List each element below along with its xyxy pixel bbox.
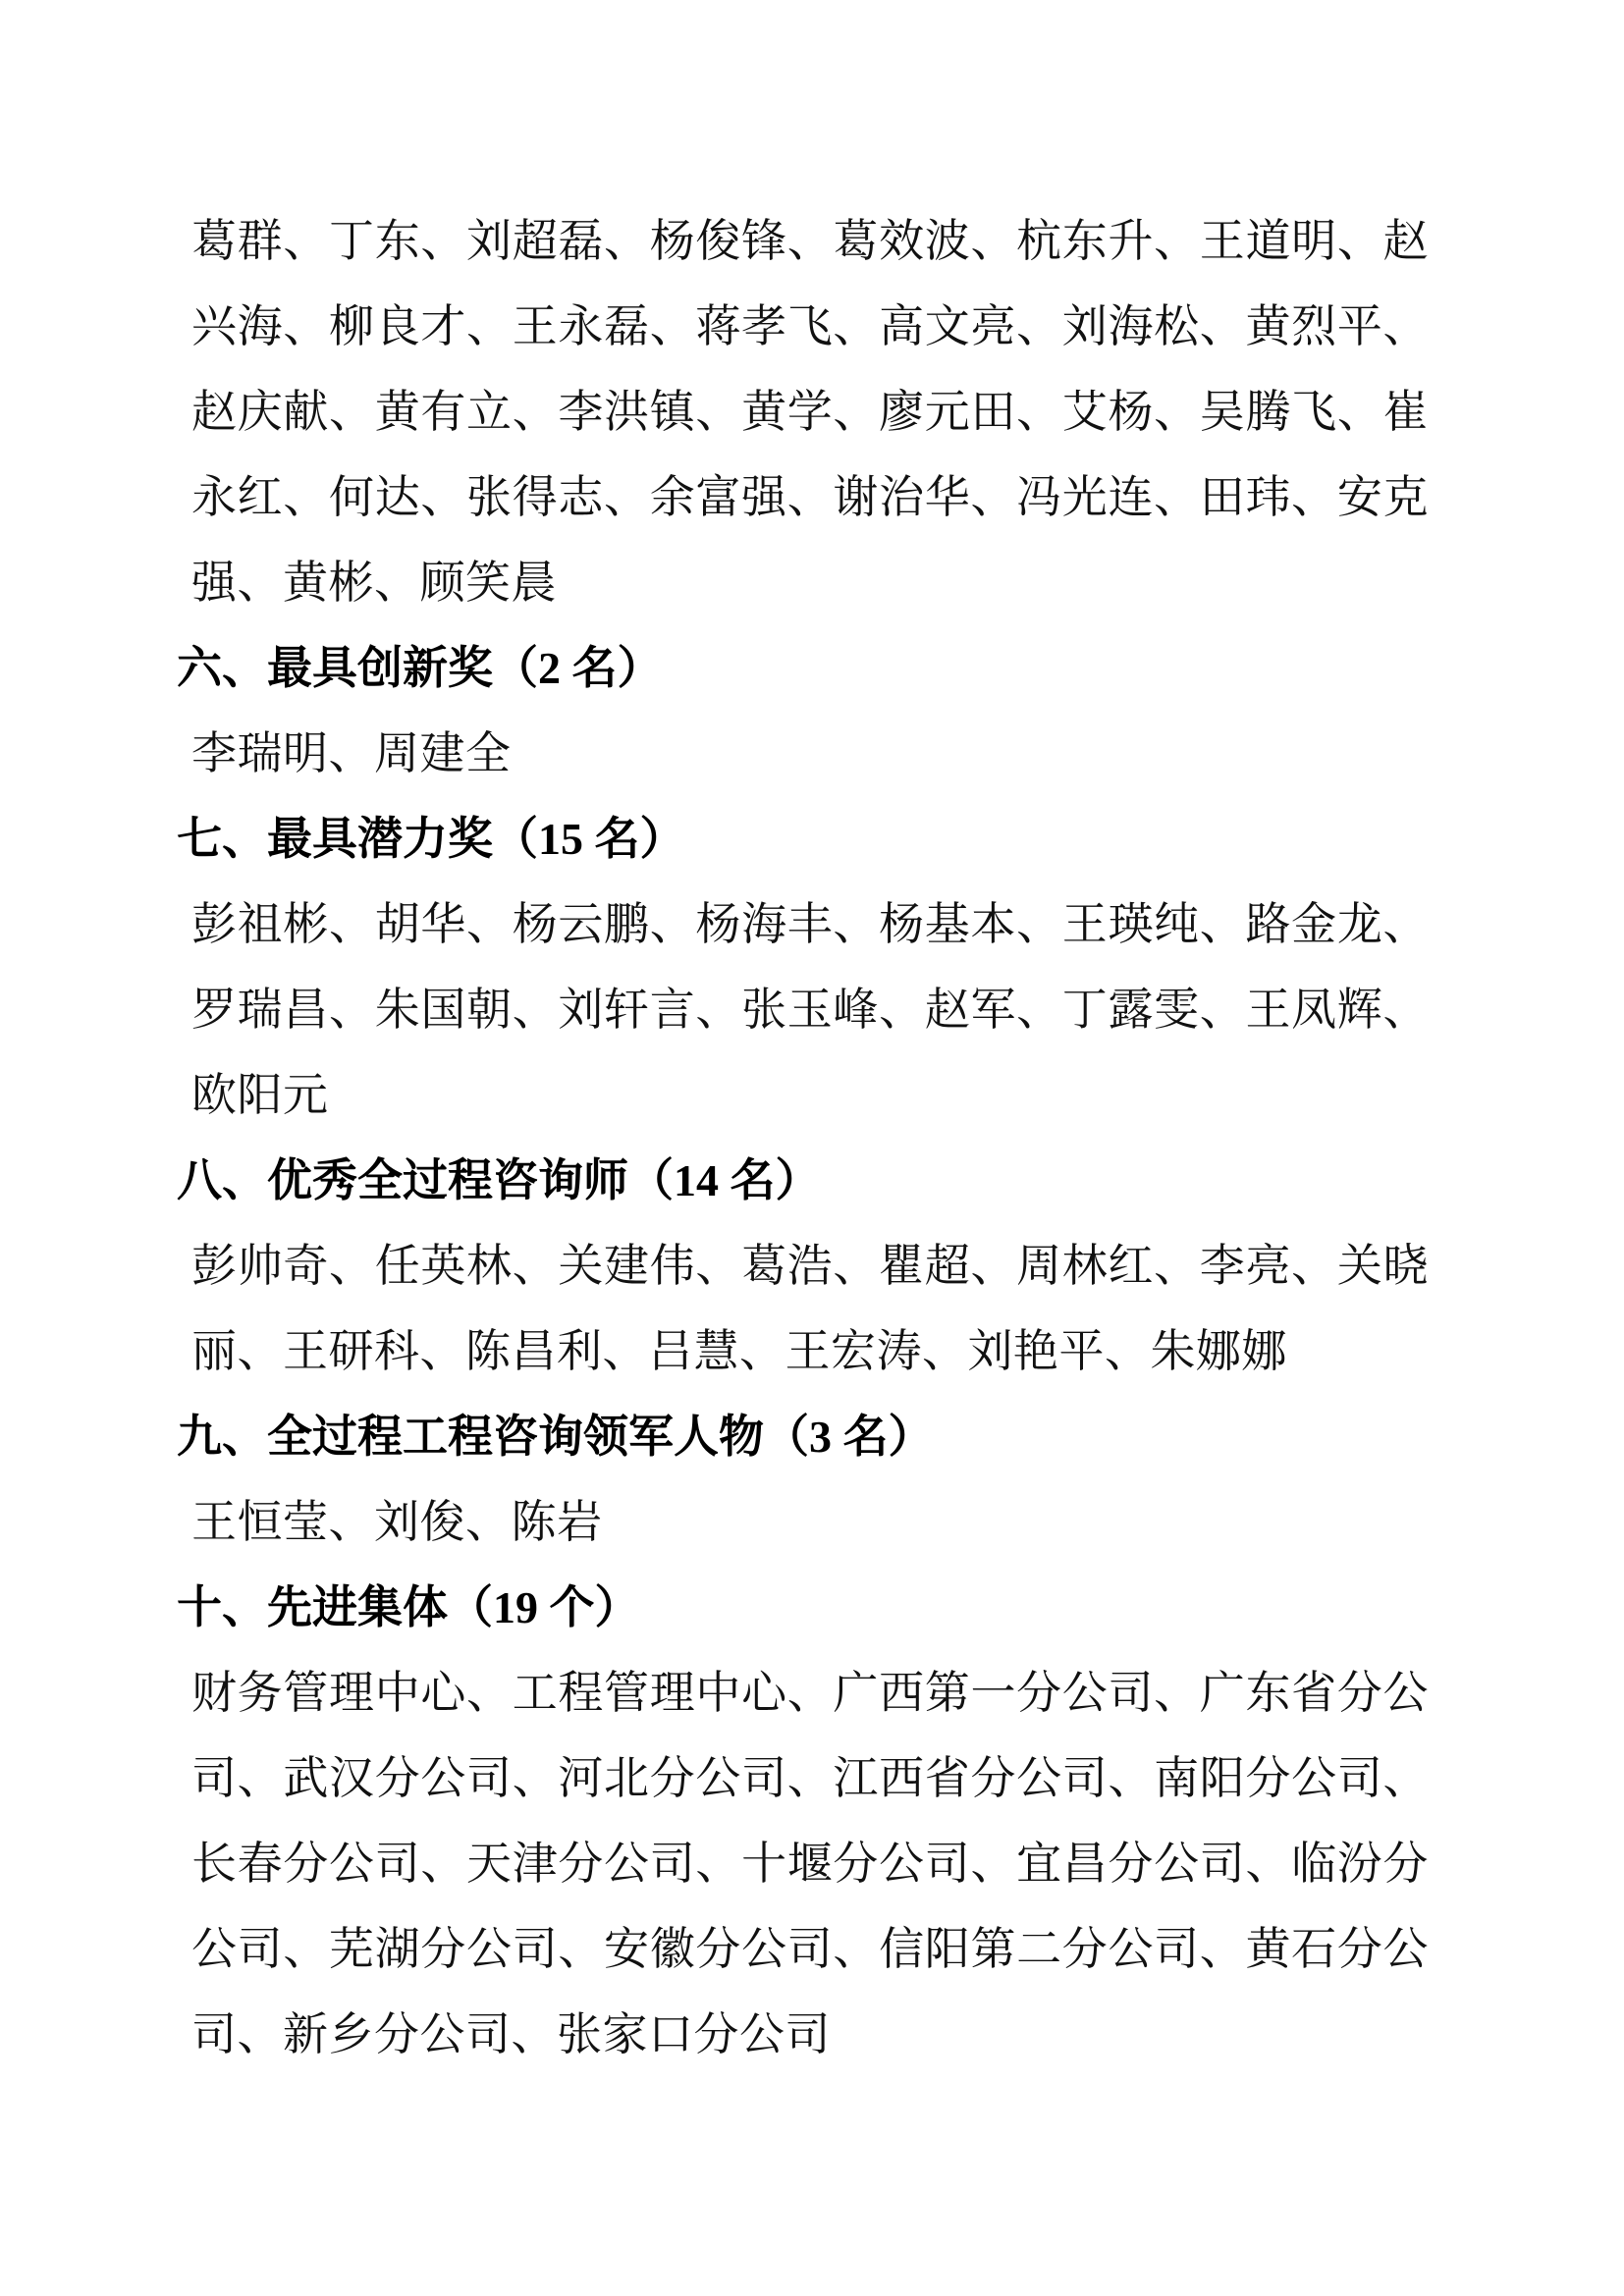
section-names-potential-award: 彭祖彬、胡华、杨云鹏、杨海丰、杨基本、王瑛纯、路金龙、罗瑞昌、朱国朝、刘轩言、张… [191,881,1429,1138]
section-names-leading-figure: 王恒莹、刘俊、陈岩 [191,1479,1429,1565]
section-names-excellent-consultant: 彭帅奇、任英林、关建伟、葛浩、瞿超、周林红、李亮、关晓丽、王研科、陈昌利、吕慧、… [191,1223,1429,1394]
section-heading-innovation-award: 六、最具创新奖（2 名） [177,625,1429,711]
section-heading-advanced-collective: 十、先进集体（19 个） [177,1565,1429,1650]
section-heading-leading-figure: 九、全过程工程咨询领军人物（3 名） [177,1394,1429,1479]
section-names-innovation-award: 李瑞明、周建全 [191,711,1429,796]
document-page: 葛群、丁东、刘超磊、杨俊锋、葛效波、杭东升、王道明、赵兴海、柳良才、王永磊、蒋孝… [0,0,1624,2296]
section-heading-potential-award: 七、最具潜力奖（15 名） [177,796,1429,881]
section-names-advanced-collective: 财务管理中心、工程管理中心、广西第一分公司、广东省分公司、武汉分公司、河北分公司… [191,1650,1429,2077]
award-names-continued-paragraph: 葛群、丁东、刘超磊、杨俊锋、葛效波、杭东升、王道明、赵兴海、柳良才、王永磊、蒋孝… [191,198,1429,625]
section-heading-excellent-consultant: 八、优秀全过程咨询师（14 名） [177,1138,1429,1223]
